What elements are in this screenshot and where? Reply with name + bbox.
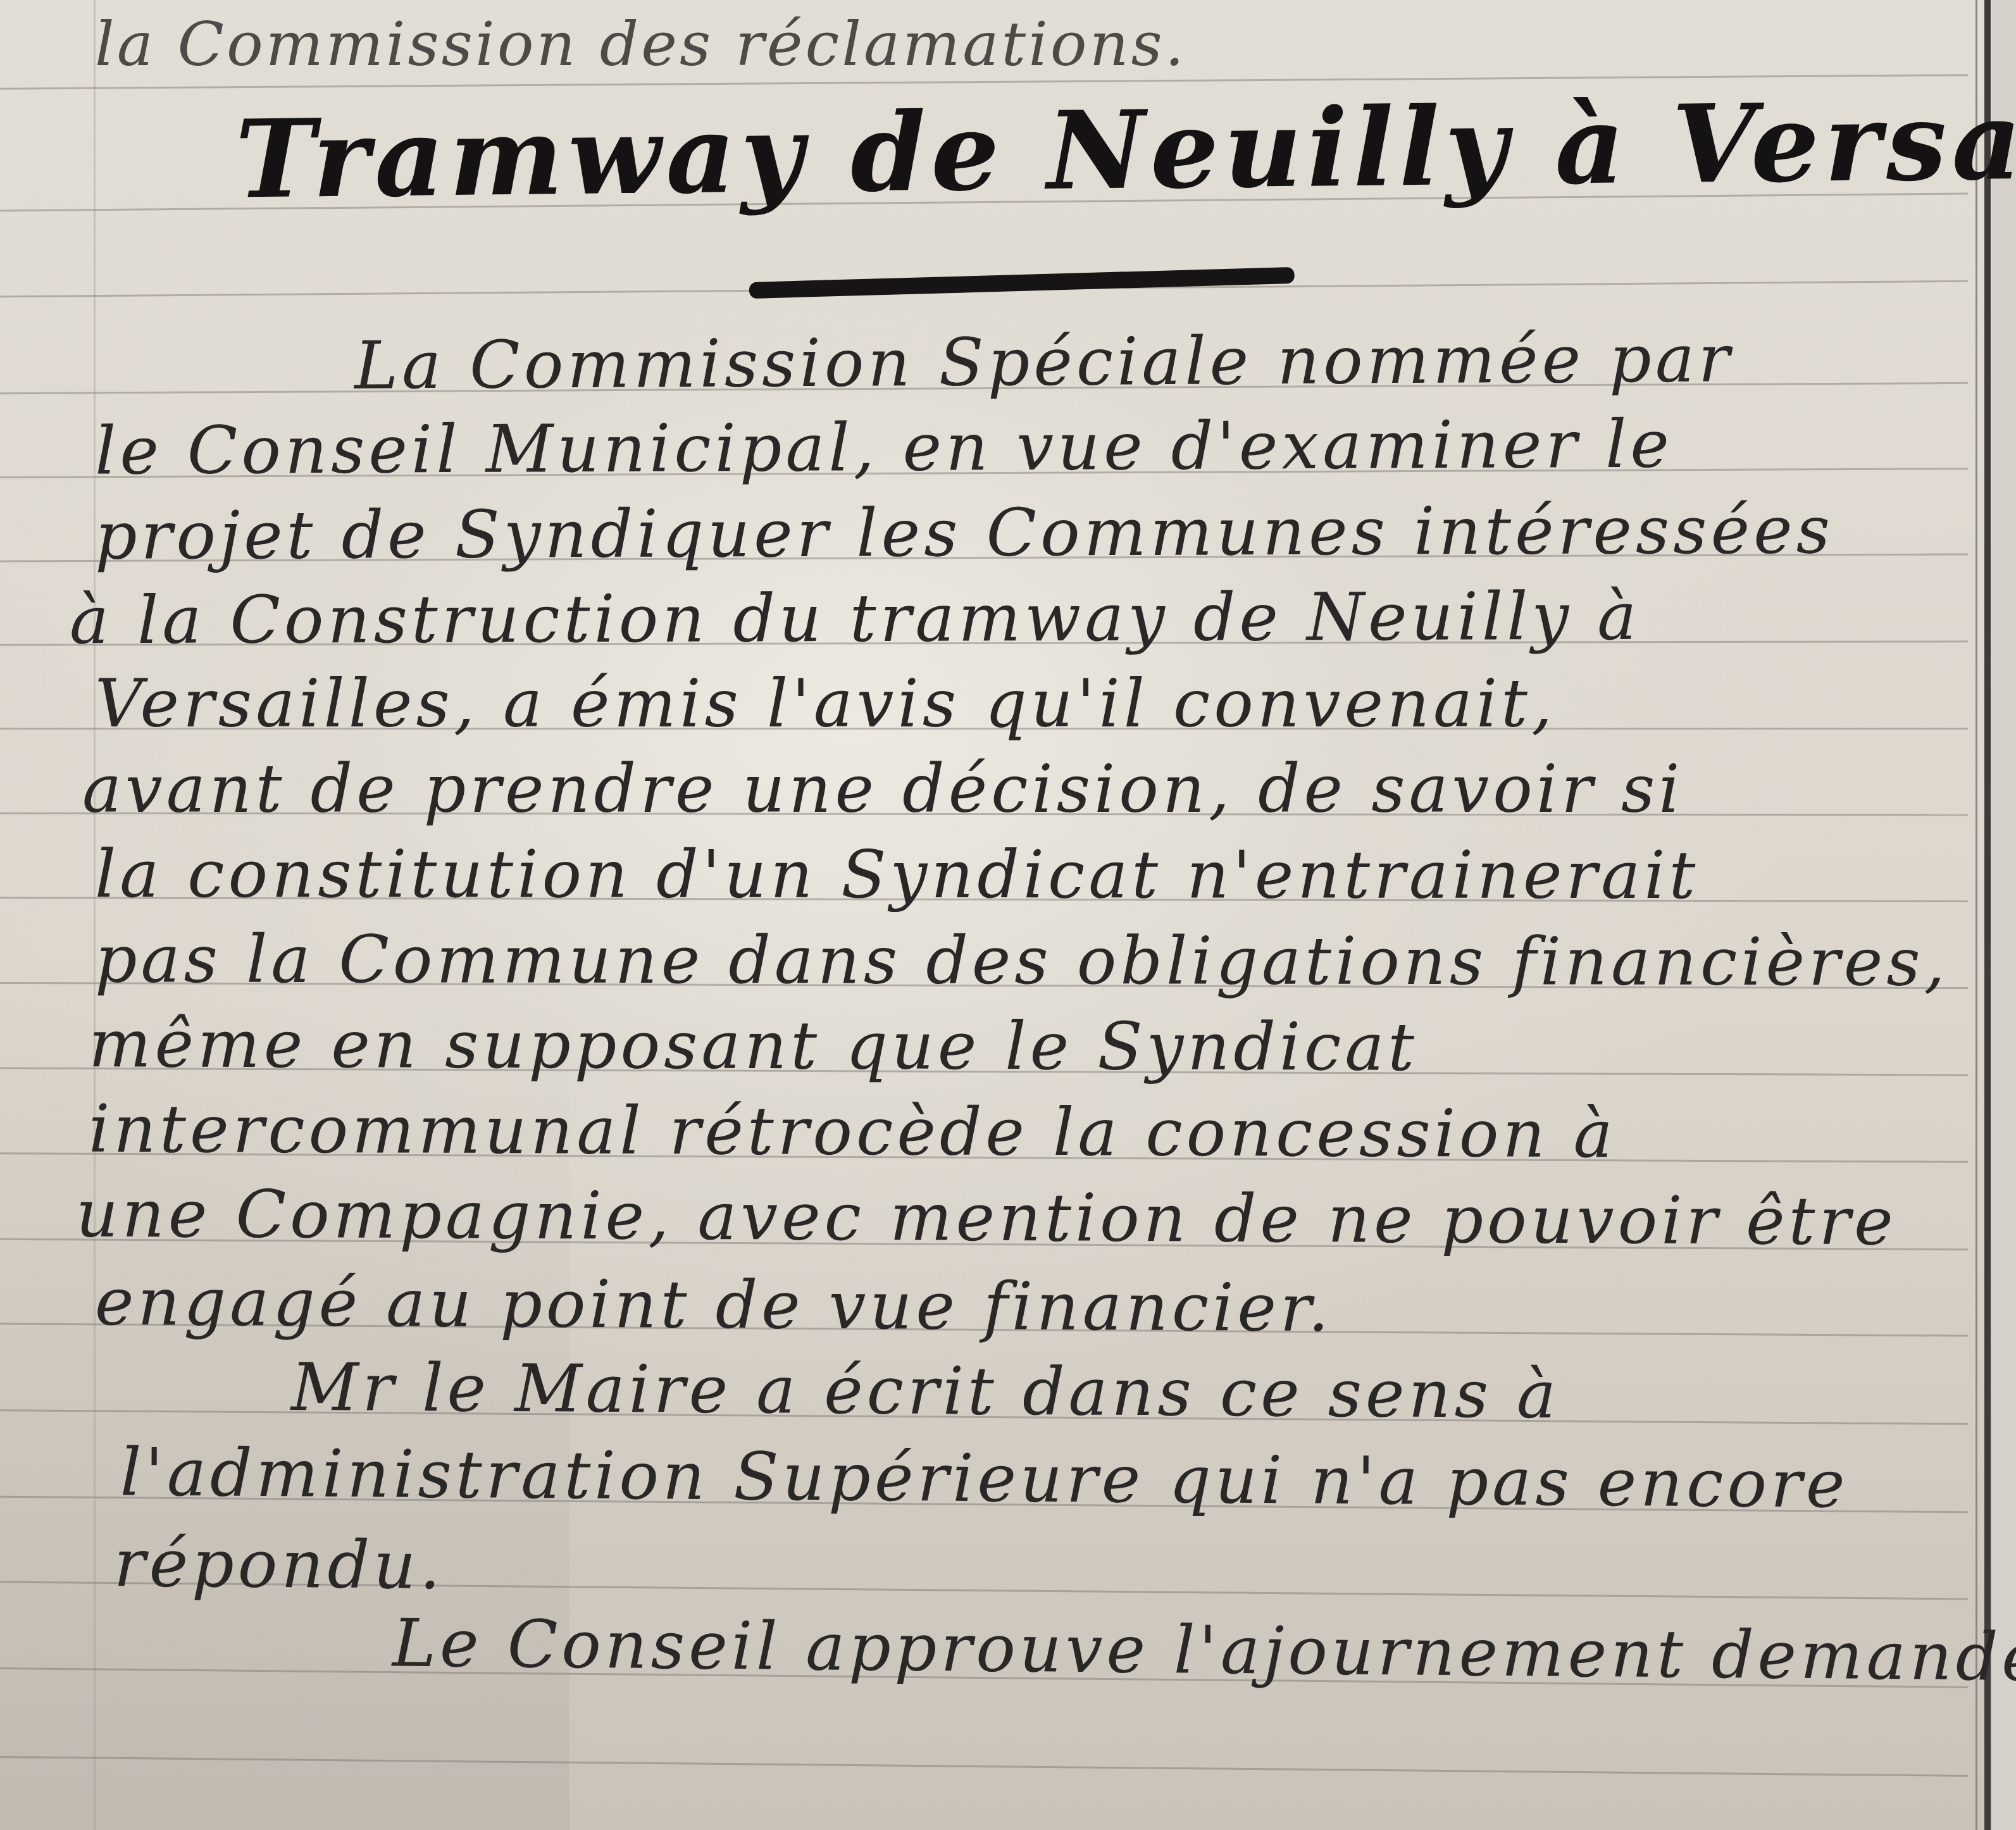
right-border-thin [1976,0,1977,1830]
body-line-3: projet de Syndiquer les Communes intéres… [95,497,1834,569]
body-line-8: pas la Commune dans des obligations fina… [95,926,1949,995]
body-line-7: la constitution d'un Syndicat n'entraine… [95,841,1699,908]
body-line-6: avant de prendre une décision, de savoir… [82,756,1684,822]
body-line-12: engagé au point de vue financier. [95,1269,1333,1341]
title-underline [749,267,1295,299]
left-margin-line [94,0,96,1830]
ruled-line [0,1756,1968,1777]
body-line-15: répondu. [114,1530,445,1598]
body-line-11: une Compagnie, avec mention de ne pouvoi… [76,1181,1897,1255]
body-line-9: même en supposant que le Syndicat [89,1011,1418,1080]
entry-title: Tramway de Neuilly à Versailles. [235,84,2016,214]
body-line-14: l'administration Supérieure qui n'a pas … [120,1439,1849,1517]
previous-entry-line: la Commission des réclamations. [95,14,1186,75]
body-line-2: le Conseil Municipal, en vue d'examiner … [95,411,1673,484]
body-line-5: Versailles, a émis l'avis qu'il convenai… [95,671,1556,737]
body-line-4: à la Construction du tramway de Neuilly … [70,583,1641,653]
body-line-1: La Commission Spéciale nommée par [354,325,1734,398]
body-line-10: intercommunal rétrocède la concession à [89,1096,1617,1167]
right-border-thick [1984,0,1991,1830]
ledger-page: la Commission des réclamations. Tramway … [0,0,2016,1830]
body-line-13: Mr le Maire a écrit dans ce sens à [291,1354,1560,1428]
page-edge [1992,0,2016,1830]
body-line-16: Le Conseil approuve l'ajournement demand… [392,1610,2016,1690]
